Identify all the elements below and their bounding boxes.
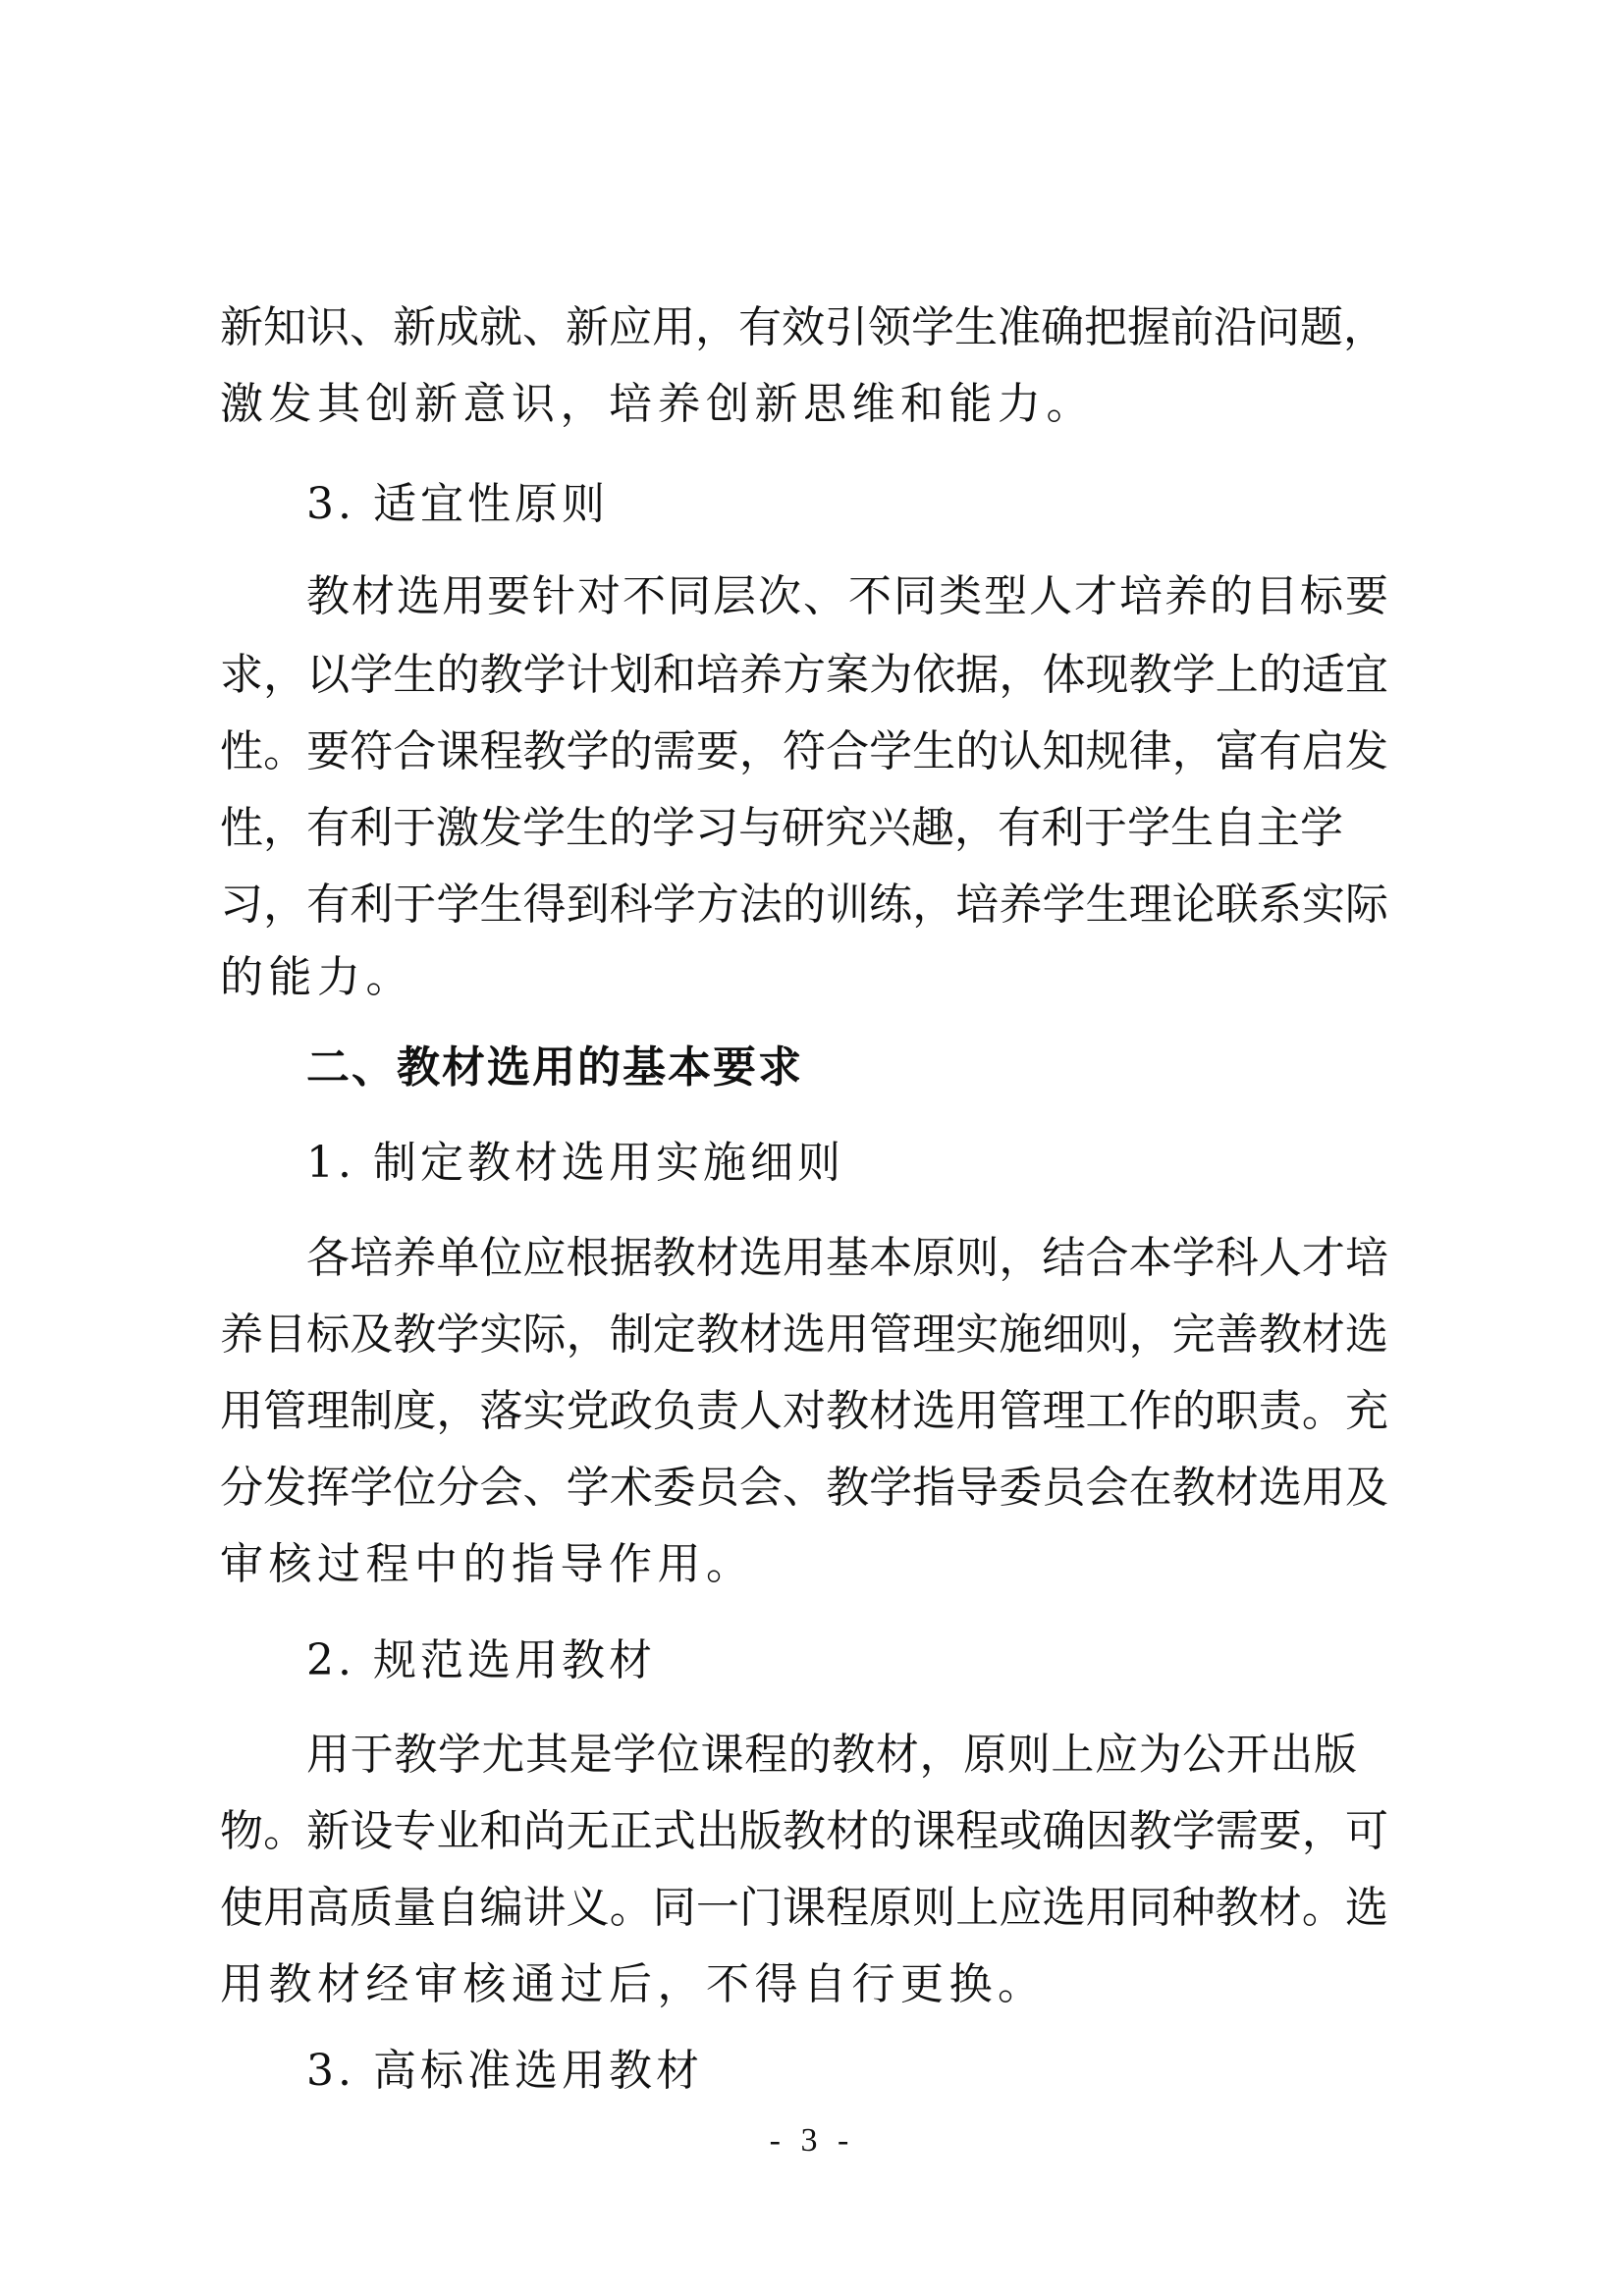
paragraph-line: 使用高质量自编讲义。同一门课程原则上应选用同种教材。选 [220,1881,1388,1936]
subheading-high-standard-selection: 3. 高标准选用教材 [306,2044,703,2099]
document-page: 新知识、新成就、新应用，有效引领学生准确把握前沿问题， 激发其创新意识，培养创新… [0,0,1624,2296]
paragraph-line: 养目标及教学实际，制定教材选用管理实施细则，完善教材选 [220,1308,1388,1362]
paragraph-line: 性，有利于激发学生的学习与研究兴趣，有利于学生自主学 [220,801,1339,856]
paragraph-line: 的能力。 [220,950,414,1005]
paragraph-line: 各培养单位应根据教材选用基本原则，结合本学科人才培 [306,1231,1388,1286]
paragraph-line: 用教材经审核通过后，不得自行更换。 [220,1957,1047,2012]
paragraph-line: 分发挥学位分会、学术委员会、教学指导委员会在教材选用及 [220,1461,1388,1516]
page-number: - 3 - [0,2122,1624,2160]
subheading-standardized-selection: 2. 规范选用教材 [306,1633,656,1688]
subheading-implementation-rules: 1. 制定教材选用实施细则 [306,1136,844,1191]
paragraph-line: 用管理制度，落实党政负责人对教材选用管理工作的职责。充 [220,1384,1388,1439]
paragraph-line: 教材选用要针对不同层次、不同类型人才培养的目标要 [306,569,1388,624]
paragraph-line: 习，有利于学生得到科学方法的训练，培养学生理论联系实际 [220,878,1388,933]
paragraph-line: 激发其创新意识，培养创新思维和能力。 [220,377,1095,432]
paragraph-line: 审核过程中的指导作用。 [220,1537,755,1592]
paragraph-line: 物。新设专业和尚无正式出版教材的课程或确因教学需要，可 [220,1804,1388,1859]
section-heading: 二、教材选用的基本要求 [306,1041,803,1095]
paragraph-line: 性。要符合课程教学的需要，符合学生的认知规律，富有启发 [220,724,1388,779]
paragraph-line: 用于教学尤其是学位课程的教材，原则上应为公开出版 [306,1728,1357,1783]
paragraph-line: 求，以学生的教学计划和培养方案为依据，体现教学上的适宜 [220,648,1388,703]
paragraph-line: 新知识、新成就、新应用，有效引领学生准确把握前沿问题， [220,300,1369,355]
subheading-suitability-principle: 3. 适宜性原则 [306,477,609,532]
